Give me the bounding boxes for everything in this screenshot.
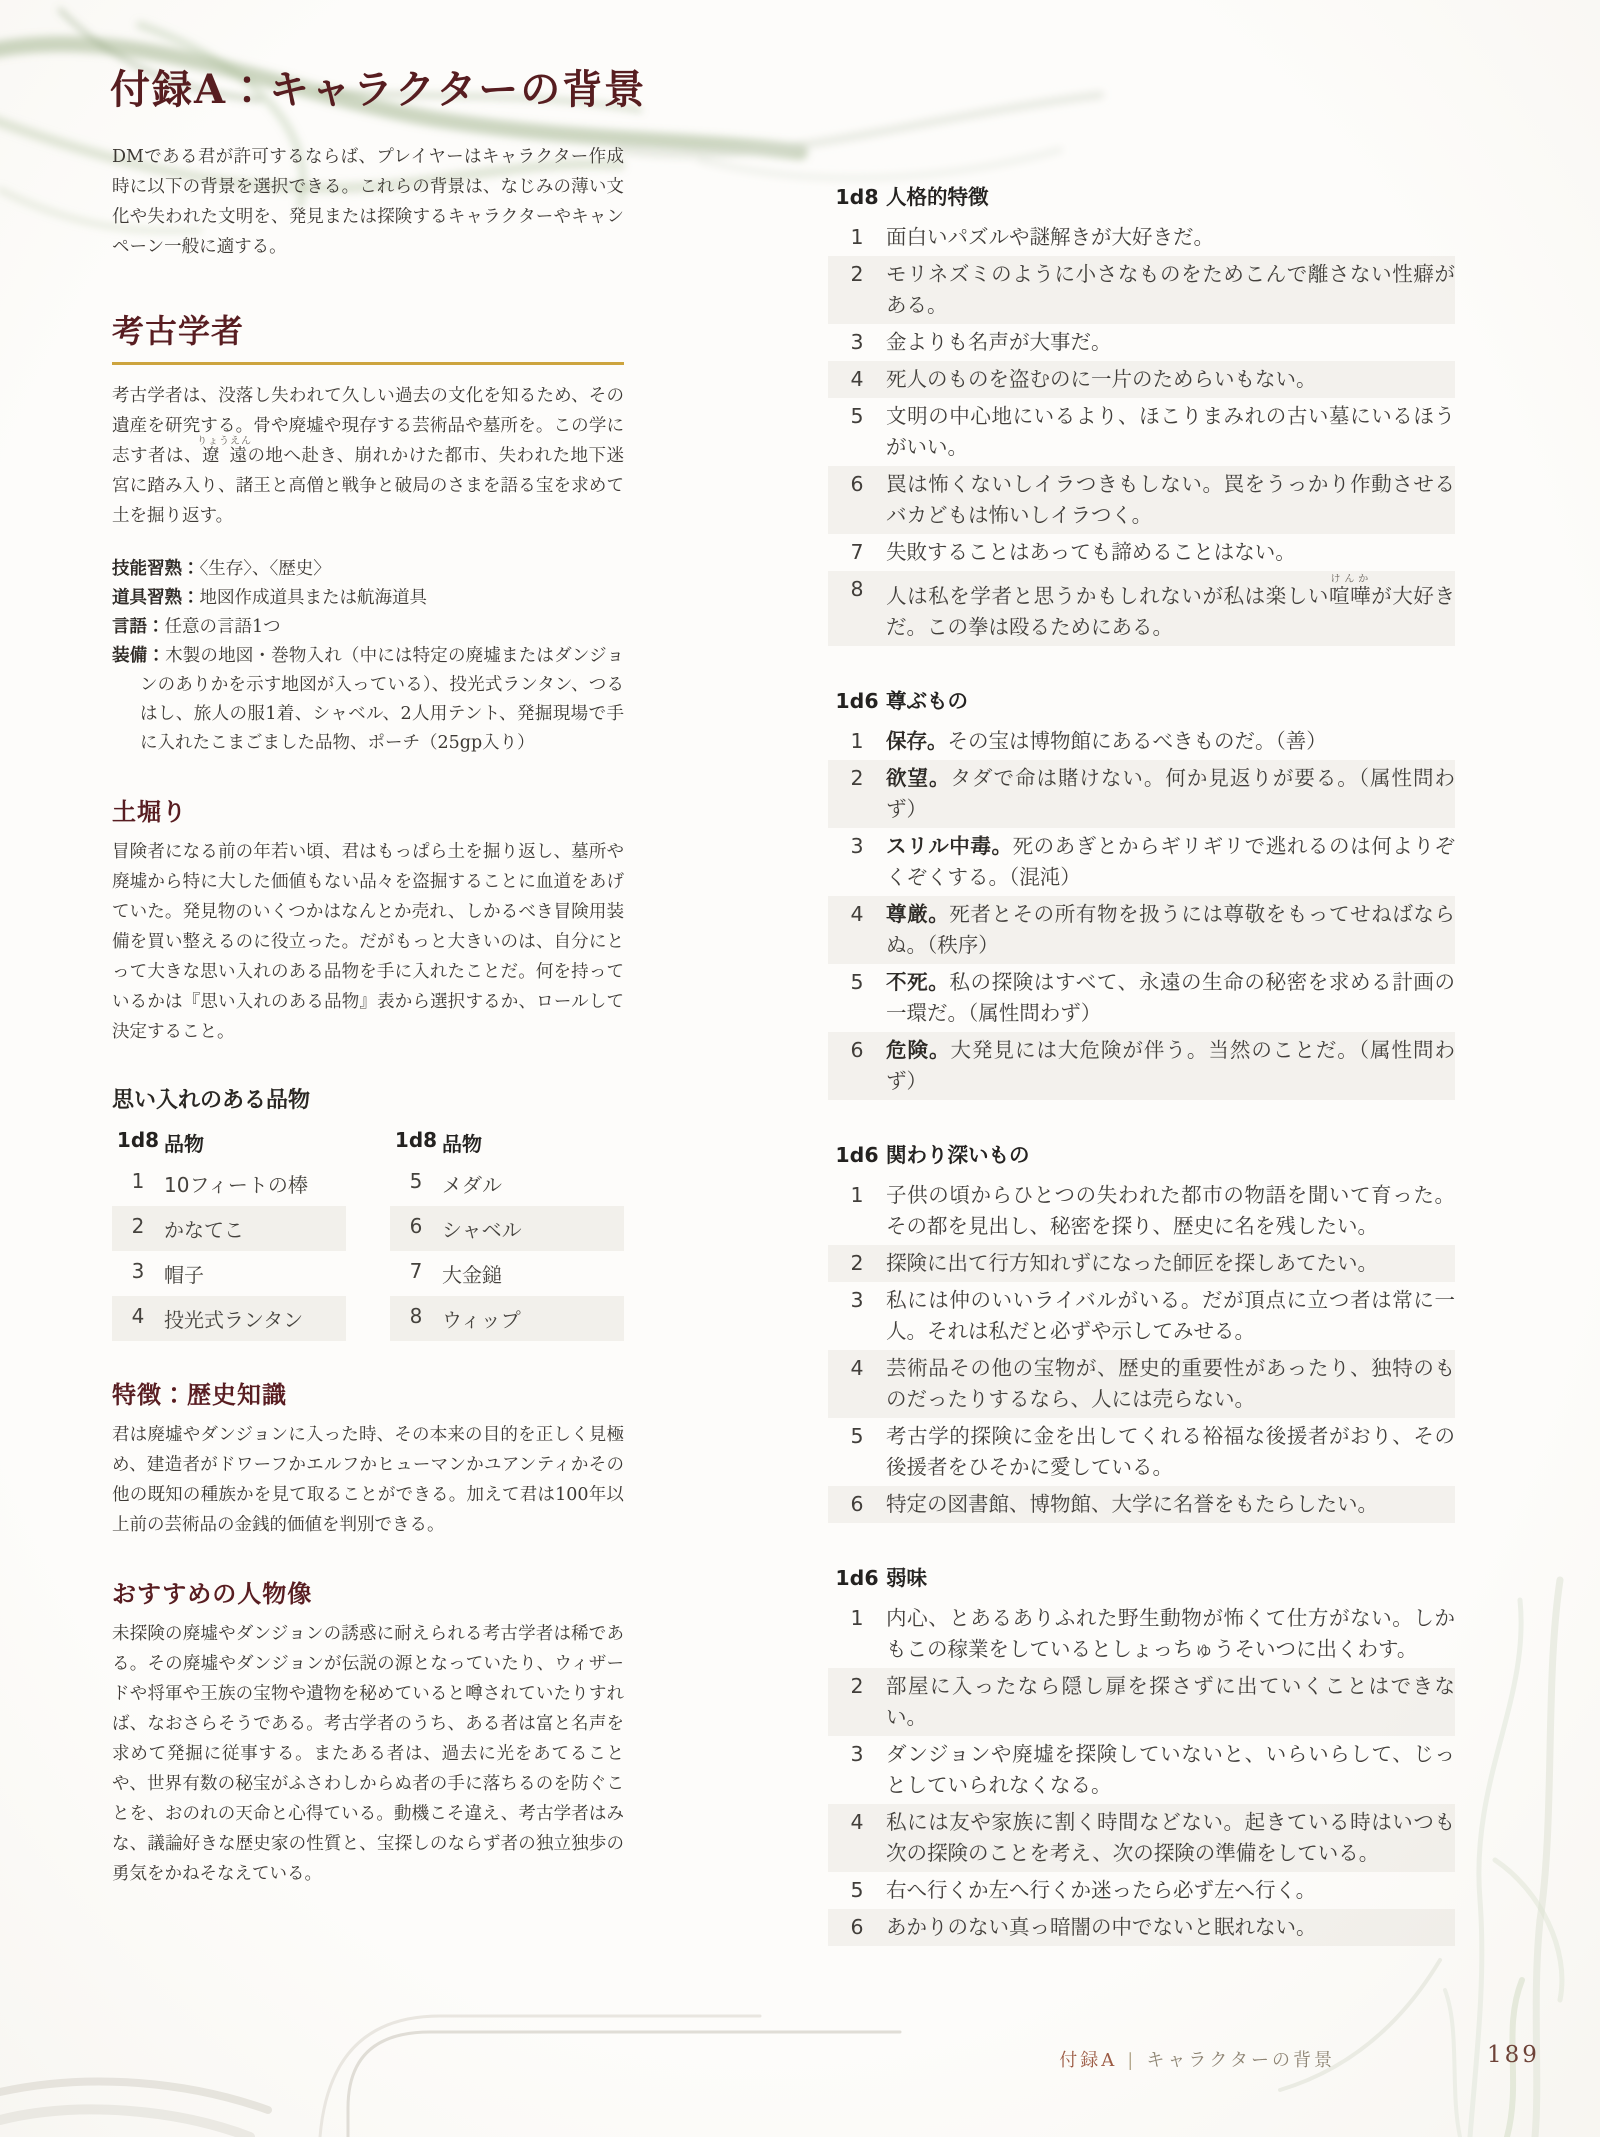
table-row: 8人は私を学者と思うかもしれないが私は楽しい喧嘩けんかが大好きだ。この拳は殴るた… [828, 571, 1455, 646]
column-header-title: 尊ぶもの [886, 686, 1455, 717]
roll-cell: 3 [828, 1739, 886, 1801]
column-header-title: 弱味 [886, 1563, 1455, 1594]
roll-cell: 6 [390, 1214, 442, 1243]
text-cell: 人は私を学者と思うかもしれないが私は楽しい喧嘩けんかが大好きだ。この拳は殴るため… [886, 574, 1455, 643]
heading-archaeologist: 考古学者 [112, 306, 624, 365]
table-row: 1子供の頃からひとつの失われた都市の物語を聞いて育った。その都を見出し、秘密を探… [828, 1177, 1455, 1245]
table-header: 1d6関わり深いもの [828, 1140, 1455, 1171]
roll-cell: 1 [828, 222, 886, 253]
roll-cell: 5 [828, 967, 886, 1029]
item-cell: 10フィートの棒 [164, 1169, 346, 1198]
signature-items-right-column: 1d8品物 5メダル 6シャベル 7大金鎚 8ウィップ [390, 1124, 624, 1341]
table-row: 7失敗することはあっても諦めることはない。 [828, 534, 1455, 571]
column-header-roll: 1d6 [828, 1140, 886, 1171]
bonds-table: 1d6関わり深いもの 1子供の頃からひとつの失われた都市の物語を聞いて育った。そ… [828, 1140, 1455, 1523]
roll-cell: 2 [828, 763, 886, 825]
text-cell: 内心、とあるありふれた野生動物が怖くて仕方がない。しかもこの稼業をしているとしょ… [886, 1603, 1455, 1665]
table-row: 6特定の図書館、博物館、大学に名誉をもたらしたい。 [828, 1486, 1455, 1523]
roll-cell: 5 [390, 1169, 442, 1198]
stat-label: 装備： [112, 646, 165, 666]
table-row: 2部屋に入ったなら隠し扉を探さずに出ていくことはできない。 [828, 1668, 1455, 1736]
roll-cell: 3 [828, 327, 886, 358]
stat-label: 道具習熟： [112, 588, 200, 608]
roll-cell: 3 [828, 1285, 886, 1347]
stat-equipment: 装備：木製の地図・巻物入れ（中には特定の廃墟またはダンジョンのありかを示す地図が… [112, 642, 624, 758]
text-cell: 不死。私の探険はすべて、永遠の生命の秘密を求める計画の一環だ。（属性問わず） [886, 967, 1455, 1029]
footer-chapter: キャラクターの背景 [1146, 2050, 1335, 2071]
column-header-roll: 1d8 [112, 1128, 164, 1157]
roll-cell: 1 [112, 1169, 164, 1198]
roll-cell: 1 [828, 726, 886, 757]
ideal-lead: 欲望。 [886, 766, 950, 790]
item-cell: 帽子 [164, 1259, 346, 1288]
table-header: 1d8品物 [390, 1124, 624, 1161]
frame-decoration-bottom-left [0, 1980, 950, 2137]
footer-separator: | [1117, 2050, 1146, 2071]
text-cell: 面白いパズルや謎解きが大好きだ。 [886, 222, 1455, 253]
table-row: 2かなてこ [112, 1206, 346, 1251]
roll-cell: 8 [390, 1304, 442, 1333]
table-row: 4投光式ランタン [112, 1296, 346, 1341]
table-row: 2探険に出て行方知れずになった師匠を探しあてたい。 [828, 1245, 1455, 1282]
table-row: 1面白いパズルや謎解きが大好きだ。 [828, 219, 1455, 256]
roll-cell: 2 [828, 1248, 886, 1279]
footer: 付録A|キャラクターの背景 [1059, 2046, 1335, 2072]
roll-cell: 6 [828, 1035, 886, 1097]
column-header-item: 品物 [442, 1128, 624, 1157]
ideal-text: 死者とその所有物を扱うには尊敬をもってせねばならぬ。（秩序） [886, 902, 1455, 957]
roll-cell: 3 [828, 831, 886, 893]
stat-value: 〈生存〉、〈歴史〉 [200, 559, 331, 579]
stat-tool-proficiency: 道具習熟：地図作成道具または航海道具 [112, 584, 624, 613]
text-cell: 私には友や家族に割く時間などない。起きている時はいつも次の探険のことを考え、次の… [886, 1807, 1455, 1869]
ruby-text: けんか [1329, 574, 1371, 585]
table-row: 5不死。私の探険はすべて、永遠の生命の秘密を求める計画の一環だ。（属性問わず） [828, 964, 1455, 1032]
ideal-lead: 危険。 [886, 1038, 950, 1062]
roll-cell: 6 [828, 1489, 886, 1520]
table-row: 3金よりも名声が大事だ。 [828, 324, 1455, 361]
column-header-title: 人格的特徴 [886, 182, 1455, 213]
table-row: 6あかりのない真っ暗闇の中でないと眠れない。 [828, 1909, 1455, 1946]
table-row: 4芸術品その他の宝物が、歴史的重要性があったり、独特のものだったりするなら、人に… [828, 1350, 1455, 1418]
personality-traits-table: 1d8人格的特徴 1面白いパズルや謎解きが大好きだ。 2モリネズミのように小さな… [828, 182, 1455, 646]
item-cell: ウィップ [442, 1304, 624, 1333]
heading-feature-historical-knowledge: 特徴：歴史知識 [112, 1375, 624, 1410]
roll-cell: 6 [828, 1912, 886, 1943]
table-row: 5メダル [390, 1161, 624, 1206]
column-header-roll: 1d8 [390, 1128, 442, 1157]
text-cell: 部屋に入ったなら隠し扉を探さずに出ていくことはできない。 [886, 1671, 1455, 1733]
table-row: 3スリル中毒。死のあぎとからギリギリで逃れるのは何よりぞくぞくする。（混沌） [828, 828, 1455, 896]
suggested-paragraph: 未探険の廃墟やダンジョンの誘惑に耐えられる考古学者は稀である。その廃墟やダンジョ… [112, 1619, 624, 1889]
ideal-lead: 不死。 [886, 970, 949, 994]
table-row: 6罠は怖くないしイラつきもしない。罠をうっかり作動させるバカどもは怖いしイラつく… [828, 466, 1455, 534]
table-row: 5考古学的探険に金を出してくれる裕福な後援者がおり、その後援者をひそかに愛してい… [828, 1418, 1455, 1486]
table-header: 1d6弱味 [828, 1563, 1455, 1594]
heading-suggested-characteristics: おすすめの人物像 [112, 1574, 624, 1609]
book-page: 付録A：キャラクターの背景 DMである君が許可するならば、プレイヤーはキャラクタ… [0, 0, 1600, 2137]
roll-cell: 8 [828, 574, 886, 643]
column-header-roll: 1d6 [828, 686, 886, 717]
table-row: 2欲望。タダで命は賭けない。何か見返りが要る。（属性問わず） [828, 760, 1455, 828]
text-cell: 右へ行くか左へ行くか迷ったら必ず左へ行く。 [886, 1875, 1455, 1906]
roll-cell: 7 [828, 537, 886, 568]
roll-cell: 2 [828, 1671, 886, 1733]
table-row: 5右へ行くか左へ行くか迷ったら必ず左へ行く。 [828, 1872, 1455, 1909]
text-cell: 私には仲のいいライバルがいる。だが頂点に立つ者は常に一人。それは私だと必ずや示し… [886, 1285, 1455, 1347]
ideal-text: 私の探険はすべて、永遠の生命の秘密を求める計画の一環だ。（属性問わず） [886, 970, 1455, 1025]
roll-cell: 4 [828, 1807, 886, 1869]
text-cell: 特定の図書館、博物館、大学に名誉をもたらしたい。 [886, 1489, 1455, 1520]
item-cell: 大金鎚 [442, 1259, 624, 1288]
text-cell: 保存。その宝は博物館にあるべきものだ。（善） [886, 726, 1455, 757]
text-cell: モリネズミのように小さなものをためこんで離さない性癖がある。 [886, 259, 1455, 321]
stat-value: 木製の地図・巻物入れ（中には特定の廃墟またはダンジョンのありかを示す地図が入って… [140, 646, 624, 753]
table-header: 1d6尊ぶもの [828, 686, 1455, 717]
ideal-text: タダで命は賭けない。何か見返りが要る。（属性問わず） [886, 766, 1455, 821]
intro-paragraph: DMである君が許可するならば、プレイヤーはキャラクター作成時に以下の背景を選択で… [112, 142, 624, 262]
page-title: 付録A：キャラクターの背景 [110, 58, 646, 115]
left-column: DMである君が許可するならば、プレイヤーはキャラクター作成時に以下の背景を選択で… [112, 142, 624, 1889]
stat-value: 地図作成道具または航海道具 [200, 588, 428, 608]
column-header-roll: 1d6 [828, 1563, 886, 1594]
archaeologist-description: 考古学者は、没落し失われて久しい過去の文化を知るため、その遺産を研究する。骨や廃… [112, 381, 624, 531]
roll-cell: 5 [828, 1421, 886, 1483]
text-cell: 金よりも名声が大事だ。 [886, 327, 1455, 358]
stat-value: 任意の言語1つ [165, 617, 281, 637]
roll-cell: 1 [828, 1603, 886, 1665]
roll-cell: 4 [828, 364, 886, 395]
table-row: 8ウィップ [390, 1296, 624, 1341]
text-cell: 罠は怖くないしイラつきもしない。罠をうっかり作動させるバカどもは怖いしイラつく。 [886, 469, 1455, 531]
text-cell: 欲望。タダで命は賭けない。何か見返りが要る。（属性問わず） [886, 763, 1455, 825]
text-cell: スリル中毒。死のあぎとからギリギリで逃れるのは何よりぞくぞくする。（混沌） [886, 831, 1455, 893]
footer-section: 付録A [1059, 2050, 1117, 2071]
table-row: 4私には友や家族に割く時間などない。起きている時はいつも次の探険のことを考え、次… [828, 1804, 1455, 1872]
column-header-item: 品物 [164, 1128, 346, 1157]
roll-cell: 4 [828, 899, 886, 961]
table-row: 1内心、とあるありふれた野生動物が怖くて仕方がない。しかもこの稼業をしているとし… [828, 1600, 1455, 1668]
ideal-lead: スリル中毒。 [886, 834, 1013, 858]
text-cell: 死人のものを盗むのに一片のためらいもない。 [886, 364, 1455, 395]
roll-cell: 3 [112, 1259, 164, 1288]
ruby-ryouen: 遼遠りょうえん [202, 446, 247, 466]
roll-cell: 1 [828, 1180, 886, 1242]
ideals-table: 1d6尊ぶもの 1保存。その宝は博物館にあるべきものだ。（善） 2欲望。タダで命… [828, 686, 1455, 1100]
roll-cell: 4 [828, 1353, 886, 1415]
ideal-text: 大発見には大危険が伴う。当然のことだ。（属性問わず） [886, 1038, 1455, 1093]
item-cell: かなてこ [164, 1214, 346, 1243]
text-cell: 芸術品その他の宝物が、歴史的重要性があったり、独特のものだったりするなら、人には… [886, 1353, 1455, 1415]
stat-skill-proficiency: 技能習熟：〈生存〉、〈歴史〉 [112, 555, 624, 584]
table-row: 3ダンジョンや廃墟を探険していないと、いらいらして、じっとしていられなくなる。 [828, 1736, 1455, 1804]
ruby-base: 遼遠 [197, 446, 252, 466]
table-row: 3帽子 [112, 1251, 346, 1296]
table-row: 5文明の中心地にいるより、ほこりまみれの古い墓にいるほうがいい。 [828, 398, 1455, 466]
table-row: 6危険。大発見には大危険が伴う。当然のことだ。（属性問わず） [828, 1032, 1455, 1100]
roll-cell: 2 [112, 1214, 164, 1243]
column-header-roll: 1d8 [828, 182, 886, 213]
signature-items-left-column: 1d8品物 110フィートの棒 2かなてこ 3帽子 4投光式ランタン [112, 1124, 346, 1341]
stat-languages: 言語：任意の言語1つ [112, 613, 624, 642]
text-cell: ダンジョンや廃墟を探険していないと、いらいらして、じっとしていられなくなる。 [886, 1739, 1455, 1801]
ideal-lead: 保存。 [886, 729, 948, 753]
text-cell: 探険に出て行方知れずになった師匠を探しあてたい。 [886, 1248, 1455, 1279]
table-row: 1保存。その宝は博物館にあるべきものだ。（善） [828, 723, 1455, 760]
table-row: 110フィートの棒 [112, 1161, 346, 1206]
ideal-text: その宝は博物館にあるべきものだ。（善） [948, 729, 1327, 753]
item-cell: メダル [442, 1169, 624, 1198]
feature-paragraph: 君は廃墟やダンジョンに入った時、その本来の目的を正しく見極め、建造者がドワーフか… [112, 1420, 624, 1540]
table-row: 2モリネズミのように小さなものをためこんで離さない性癖がある。 [828, 256, 1455, 324]
text-cell: 失敗することはあっても諦めることはない。 [886, 537, 1455, 568]
text-cell: 尊厳。死者とその所有物を扱うには尊敬をもってせねばならぬ。（秩序） [886, 899, 1455, 961]
text-cell: 文明の中心地にいるより、ほこりまみれの古い墓にいるほうがいい。 [886, 401, 1455, 463]
text-cell: 考古学的探険に金を出してくれる裕福な後援者がおり、その後援者をひそかに愛している… [886, 1421, 1455, 1483]
flaws-table: 1d6弱味 1内心、とあるありふれた野生動物が怖くて仕方がない。しかもこの稼業を… [828, 1563, 1455, 1946]
column-header-title: 関わり深いもの [886, 1140, 1455, 1171]
signature-items-title: 思い入れのある品物 [112, 1083, 624, 1114]
text-pre: 人は私を学者と思うかもしれないが私は楽しい [886, 584, 1329, 608]
roll-cell: 4 [112, 1304, 164, 1333]
stat-label: 技能習熟： [112, 559, 200, 579]
text-cell: 子供の頃からひとつの失われた都市の物語を聞いて育った。その都を見出し、秘密を探り… [886, 1180, 1455, 1242]
page-number: 189 [1487, 2042, 1540, 2068]
heading-dirt-digger: 土堀り [112, 792, 624, 827]
stat-list: 技能習熟：〈生存〉、〈歴史〉 道具習熟：地図作成道具または航海道具 言語：任意の… [112, 555, 624, 758]
stat-label: 言語： [112, 617, 165, 637]
text-cell: 危険。大発見には大危険が伴う。当然のことだ。（属性問わず） [886, 1035, 1455, 1097]
table-row: 4尊厳。死者とその所有物を扱うには尊敬をもってせねばならぬ。（秩序） [828, 896, 1455, 964]
text-cell: あかりのない真っ暗闇の中でないと眠れない。 [886, 1912, 1455, 1943]
roll-cell: 7 [390, 1259, 442, 1288]
roll-cell: 5 [828, 1875, 886, 1906]
table-header: 1d8人格的特徴 [828, 182, 1455, 213]
ideal-lead: 尊厳。 [886, 902, 949, 926]
right-column: 1d8人格的特徴 1面白いパズルや謎解きが大好きだ。 2モリネズミのように小さな… [828, 182, 1455, 1986]
table-row: 4死人のものを盗むのに一片のためらいもない。 [828, 361, 1455, 398]
roll-cell: 6 [828, 469, 886, 531]
item-cell: 投光式ランタン [164, 1304, 346, 1333]
signature-items-table: 1d8品物 110フィートの棒 2かなてこ 3帽子 4投光式ランタン 1d8品物… [112, 1124, 624, 1341]
roll-cell: 5 [828, 401, 886, 463]
table-row: 6シャベル [390, 1206, 624, 1251]
ruby-base: 喧嘩 [1329, 584, 1371, 608]
item-cell: シャベル [442, 1214, 624, 1243]
table-row: 7大金鎚 [390, 1251, 624, 1296]
dirt-digger-paragraph: 冒険者になる前の年若い頃、君はもっぱら土を掘り返し、墓所や廃墟から特に大した価値… [112, 837, 624, 1047]
roll-cell: 2 [828, 259, 886, 321]
ruby-kenka: 喧嘩けんか [1329, 584, 1371, 608]
ruby-text: りょうえん [197, 436, 252, 447]
table-header: 1d8品物 [112, 1124, 346, 1161]
table-row: 3私には仲のいいライバルがいる。だが頂点に立つ者は常に一人。それは私だと必ずや示… [828, 1282, 1455, 1350]
